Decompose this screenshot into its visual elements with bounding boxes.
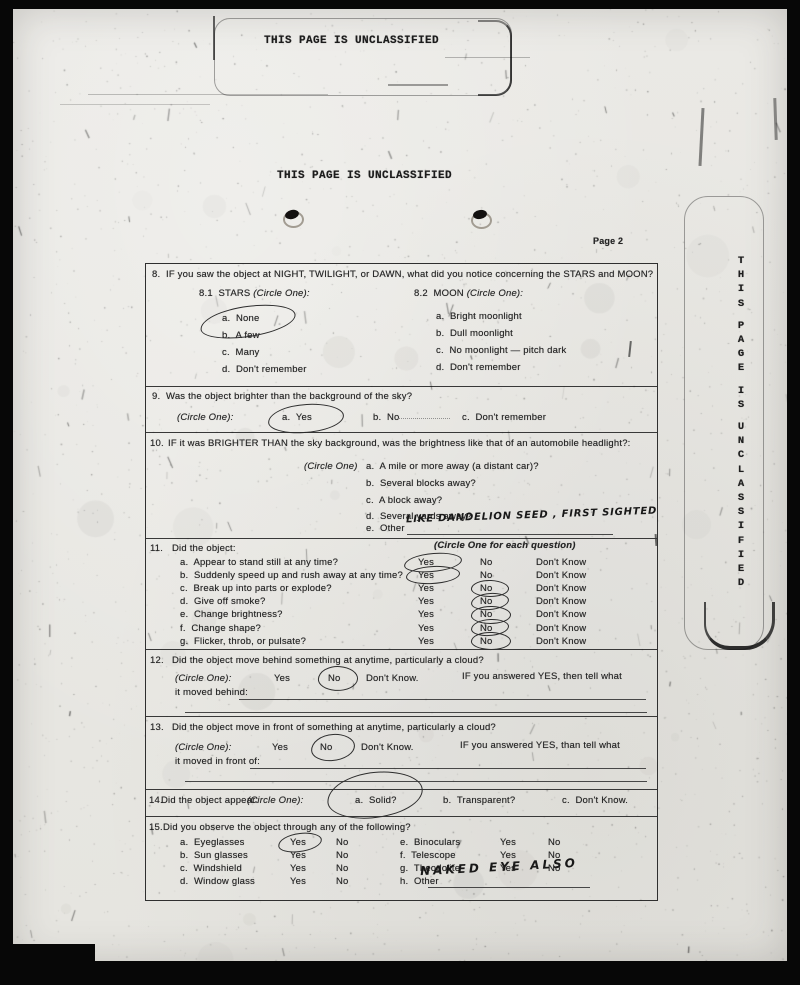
q11-title: Did the object: — [172, 544, 236, 554]
q12-followup: IF you answered YES, then tell what — [462, 672, 622, 682]
q11-row-e-label: e. Change brightness? — [180, 610, 283, 620]
q11-number: 11. — [150, 544, 163, 554]
q10-option-b: b. Several blocks away? — [366, 479, 476, 489]
scan-frame-bottom-left-step — [0, 944, 95, 985]
q8-moon-option-a: a. Bright moonlight — [436, 312, 522, 322]
q8-moon-heading-text: 8.2 MOON — [414, 288, 467, 299]
q8-moon-option-b: b. Dull moonlight — [436, 329, 513, 339]
unclassified-stamp-top: THIS PAGE IS UNCLASSIFIED — [264, 36, 439, 47]
q9-circle-one: (Circle One): — [177, 413, 233, 423]
q10-title: IF it was BRIGHTER THAN the sky backgrou… — [168, 439, 631, 449]
q8-stars-heading-text: 8.1 STARS — [199, 288, 253, 299]
scan-mark — [88, 94, 328, 95]
q11-row-d-dk: Don't Know — [536, 597, 586, 607]
q15-item-b-label: b. Sun glasses — [180, 851, 248, 861]
q12-answer-line-1 — [239, 689, 646, 700]
q11-row-c-dk: Don't Know — [536, 584, 586, 594]
q15-item-d-yes: Yes — [290, 877, 306, 887]
q15-item-a-label: a. Eyeglasses — [180, 838, 245, 848]
side-stamp-letter: L — [733, 465, 749, 476]
q10-other-answer-line — [407, 524, 613, 535]
q15-item-e-no: No — [548, 838, 561, 848]
q8-number: 8. — [152, 270, 160, 280]
side-stamp-letter: I — [733, 386, 749, 397]
q8-stars-circle-one: (Circle One): — [253, 288, 309, 299]
side-stamp-letter: G — [733, 349, 749, 360]
q15-item-c-yes: Yes — [290, 864, 306, 874]
q11-row-e-dk: Don't Know — [536, 610, 586, 620]
q15-item-b-no: No — [336, 851, 349, 861]
q10-number: 10. — [150, 439, 164, 449]
q13-answer-line-1 — [250, 758, 646, 769]
scan-frame-bottom — [0, 961, 800, 985]
q12-option-dk: Don't Know. — [366, 674, 419, 684]
side-stamp-letter: U — [733, 422, 749, 433]
q11-row-b-dk: Don't Know — [536, 571, 586, 581]
scan-mark — [60, 104, 210, 105]
q15-title: Did you observe the object through any o… — [163, 823, 411, 833]
q12-option-yes: Yes — [274, 674, 290, 684]
q14-option-dk: c. Don't Know. — [562, 796, 628, 806]
unclassified-stamp-mid: THIS PAGE IS UNCLASSIFIED — [277, 171, 452, 182]
q8-moon-heading: 8.2 MOON (Circle One): — [414, 289, 523, 299]
q8-moon-circle-one: (Circle One): — [467, 288, 523, 299]
q13-number: 13. — [150, 723, 164, 733]
q8-stars-option-d: d. Don't remember — [222, 365, 307, 375]
q15-item-c-no: No — [336, 864, 349, 874]
scan-mark — [388, 84, 448, 86]
q12-followup2: it moved behind: — [175, 688, 248, 698]
side-stamp-letter: S — [733, 493, 749, 504]
side-stamp-letter: S — [733, 299, 749, 310]
q9-option-dont-remember: c. Don't remember — [462, 413, 546, 423]
q12-number: 12. — [150, 656, 164, 666]
q12-circle-one: (Circle One): — [175, 674, 231, 684]
q15-item-d-label: d. Window glass — [180, 877, 255, 887]
q11-row-e-yes: Yes — [418, 610, 434, 620]
q8-title: IF you saw the object at NIGHT, TWILIGHT… — [166, 270, 653, 280]
scan-tab-outline-side — [684, 196, 764, 650]
q12-answer-line-2 — [185, 702, 647, 713]
q11-row-g-yes: Yes — [418, 637, 434, 647]
scan-tab-outline-top-cap — [478, 20, 512, 96]
side-stamp-letter: D — [733, 578, 749, 589]
q15-item-e-label: e. Binoculars — [400, 838, 460, 848]
side-stamp-letter: S — [733, 400, 749, 411]
q13-followup: IF you answered YES, than tell what — [460, 741, 620, 751]
unclassified-stamp-side: THISPAGEISUNCLASSIFIED — [733, 0, 749, 985]
q11-row-g-dk: Don't Know — [536, 637, 586, 647]
side-stamp-letter: I — [733, 550, 749, 561]
q11-row-b-label: b. Suddenly speed up and rush away at an… — [180, 571, 403, 581]
q15-item-e-yes: Yes — [500, 838, 516, 848]
side-stamp-letter: T — [733, 256, 749, 267]
q11-row-f-dk: Don't Know — [536, 624, 586, 634]
scan-frame-right — [787, 0, 800, 985]
q11-row-d-yes: Yes — [418, 597, 434, 607]
q13-title: Did the object move in front of somethin… — [172, 723, 496, 733]
q9-title: Was the object brighter than the backgro… — [166, 392, 412, 402]
q13-circle-one: (Circle One): — [175, 743, 231, 753]
q11-row-a-dk: Don't Know — [536, 558, 586, 568]
side-stamp-letter: F — [733, 536, 749, 547]
q14-option-transparent: b. Transparent? — [443, 796, 515, 806]
q12-title: Did the object move behind something at … — [172, 656, 484, 666]
q11-row-f-label: f. Change shape? — [180, 624, 261, 634]
q11-row-d-label: d. Give off smoke? — [180, 597, 265, 607]
q9-option-no: b. No — [373, 413, 400, 423]
q8-moon-option-c: c. No moonlight — pitch dark — [436, 346, 566, 356]
q13-option-yes: Yes — [272, 743, 288, 753]
q11-row-c-label: c. Break up into parts or explode? — [180, 584, 332, 594]
side-stamp-letter: I — [733, 284, 749, 295]
side-stamp-letter: N — [733, 436, 749, 447]
q15-other-answer-line — [428, 877, 590, 888]
side-stamp-letter: A — [733, 479, 749, 490]
pen-scribble — [398, 412, 450, 419]
q14-title: Did the object appear: — [161, 796, 258, 806]
q15-item-d-no: No — [336, 877, 349, 887]
q10-option-a: a. A mile or more away (a distant car)? — [366, 462, 539, 472]
q15-item-f-label: f. Telescope — [400, 851, 456, 861]
q11-row-a-no: No — [480, 558, 493, 568]
q11-row-g-label: g. Flicker, throb, or pulsate? — [180, 637, 306, 647]
side-stamp-letter: I — [733, 521, 749, 532]
q11-row-a-label: a. Appear to stand still at any time? — [180, 558, 338, 568]
q11-row-c-yes: Yes — [418, 584, 434, 594]
q8-stars-option-c: c. Many — [222, 348, 260, 358]
side-stamp-letter: C — [733, 450, 749, 461]
q14-circle-one: (Circle One): — [247, 796, 303, 806]
side-stamp-letter: H — [733, 270, 749, 281]
side-stamp-letter: P — [733, 321, 749, 332]
scan-frame-left — [0, 0, 13, 985]
side-stamp-letter: E — [733, 363, 749, 374]
q15-item-a-no: No — [336, 838, 349, 848]
q9-number: 9. — [152, 392, 160, 402]
q15-item-c-label: c. Windshield — [180, 864, 242, 874]
q11-header: (Circle One for each question) — [434, 541, 576, 551]
q13-followup2: it moved in front of: — [175, 757, 260, 767]
q13-option-dk: Don't Know. — [361, 743, 414, 753]
side-stamp-letter: E — [733, 564, 749, 575]
q15-number: 15. — [149, 823, 163, 833]
q8-stars-heading: 8.1 STARS (Circle One): — [199, 289, 310, 299]
scan-mark — [445, 57, 530, 58]
side-stamp-letter: S — [733, 507, 749, 518]
scan-mark — [213, 16, 215, 60]
q10-option-c: c. A block away? — [366, 496, 442, 506]
page-number: Page 2 — [593, 237, 623, 246]
q10-circle-one: (Circle One) — [304, 462, 358, 472]
q11-row-f-yes: Yes — [418, 624, 434, 634]
side-stamp-letter: A — [733, 335, 749, 346]
q8-moon-option-d: d. Don't remember — [436, 363, 521, 373]
scan-frame-top — [0, 0, 800, 9]
q10-option-e-other: e. Other — [366, 524, 405, 534]
